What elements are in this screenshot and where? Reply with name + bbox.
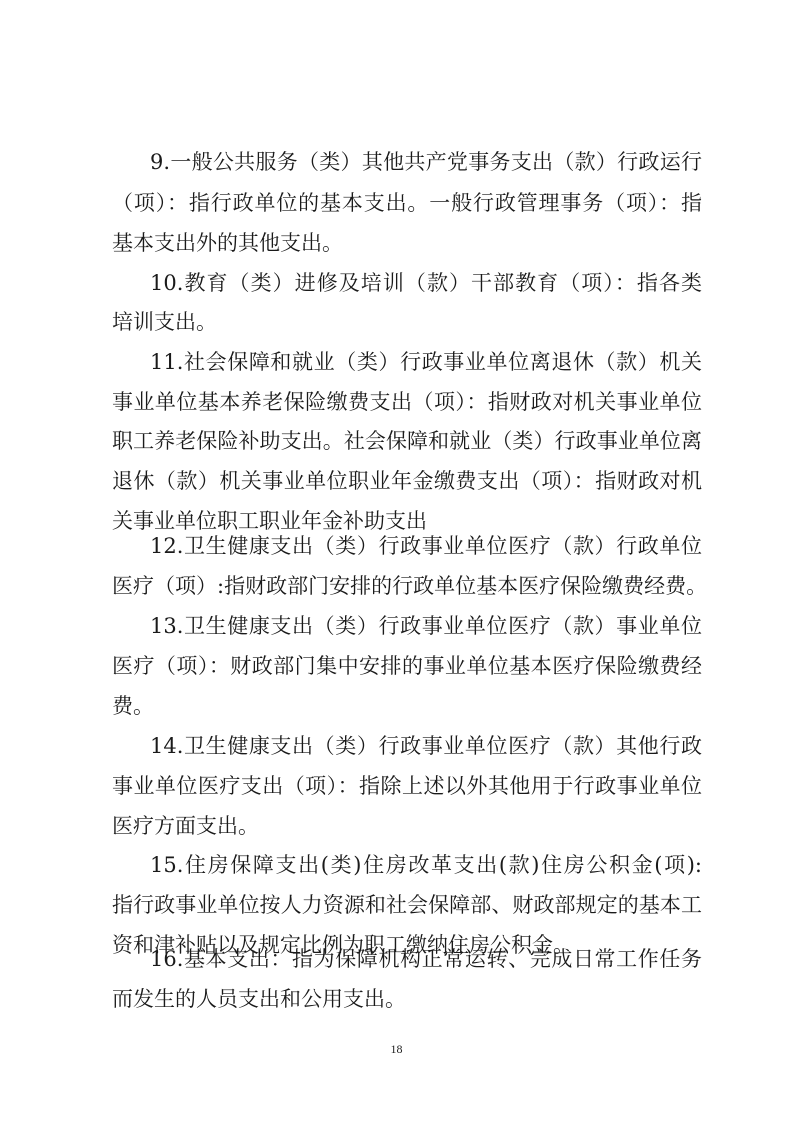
paragraph-13-line-1: 13.卫生健康支出（类）行政事业单位医疗（款）事业单位 bbox=[150, 614, 702, 638]
paragraph-9-line-3: 基本支出外的其他支出。 bbox=[112, 231, 702, 255]
paragraph-13-line-2: 医疗（项）：财政部门集中安排的事业单位基本医疗保险缴费经 bbox=[112, 654, 702, 678]
paragraph-15-line-2: 指行政事业单位按人力资源和社会保障部、财政部规定的基本工 bbox=[112, 893, 702, 917]
paragraph-14-line-3: 医疗方面支出。 bbox=[112, 814, 702, 838]
paragraph-16-line-2: 而发生的人员支出和公用支出。 bbox=[112, 987, 702, 1011]
paragraph-11-line-4: 退休（款）机关事业单位职业年金缴费支出（项）：指财政对机 bbox=[112, 469, 702, 493]
paragraph-9-line-2: （项）：指行政单位的基本支出。一般行政管理事务（项）：指 bbox=[112, 191, 702, 215]
paragraph-16-line-1: 16.基本支出：指为保障机构正常运转、完成日常工作任务 bbox=[150, 947, 702, 971]
paragraph-10-line-2: 培训支出。 bbox=[112, 310, 702, 334]
document-page: 9.一般公共服务（类）其他共产党事务支出（款）行政运行 （项）：指行政单位的基本… bbox=[0, 0, 793, 1122]
paragraph-11-line-1: 11.社会保障和就业（类）行政事业单位离退休（款）机关 bbox=[150, 350, 702, 374]
paragraph-11-line-5: 关事业单位职工职业年金补助支出 bbox=[112, 509, 702, 533]
paragraph-11-line-3: 职工养老保险补助支出。社会保障和就业（类）行政事业单位离 bbox=[112, 429, 702, 453]
paragraph-15-line-1: 15.住房保障支出(类)住房改革支出(款)住房公积金(项): bbox=[150, 853, 702, 877]
paragraph-12-line-2: 医疗（项）:指财政部门安排的行政单位基本医疗保险缴费经费。 bbox=[112, 574, 702, 598]
paragraph-11-line-2: 事业单位基本养老保险缴费支出（项）：指财政对机关事业单位 bbox=[112, 390, 702, 414]
page-number: 18 bbox=[0, 1042, 793, 1057]
paragraph-9-line-1: 9.一般公共服务（类）其他共产党事务支出（款）行政运行 bbox=[150, 150, 702, 174]
paragraph-13-line-3: 费。 bbox=[112, 694, 702, 718]
paragraph-12-line-1: 12.卫生健康支出（类）行政事业单位医疗（款）行政单位 bbox=[150, 534, 702, 558]
paragraph-14-line-2: 事业单位医疗支出（项）：指除上述以外其他用于行政事业单位 bbox=[112, 774, 702, 798]
paragraph-14-line-1: 14.卫生健康支出（类）行政事业单位医疗（款）其他行政 bbox=[150, 734, 702, 758]
paragraph-10-line-1: 10.教育（类）进修及培训（款）干部教育（项）：指各类 bbox=[150, 271, 702, 295]
